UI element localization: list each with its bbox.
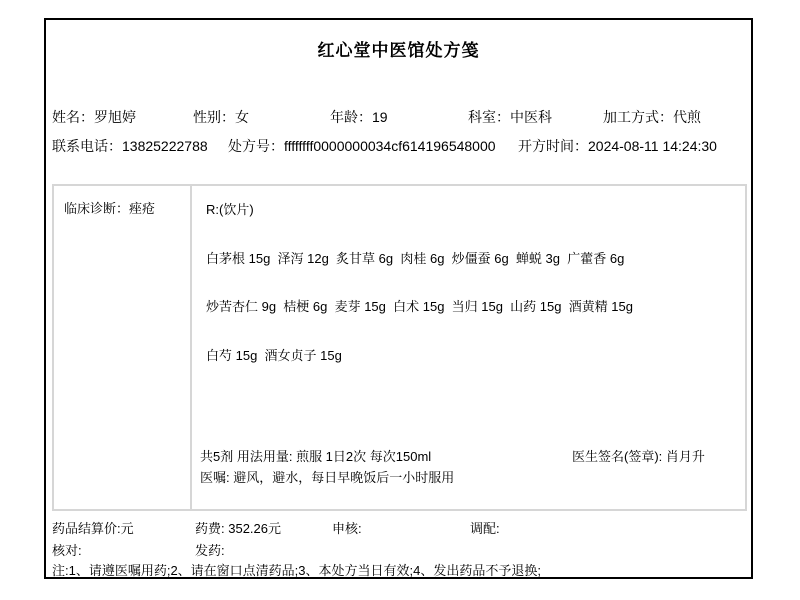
herb-line: 白茅根 15g 泽泻 12g 炙甘草 6g 肉桂 6g 炒僵蚕 6g 蝉蜕 3g… (206, 248, 624, 267)
page-title: 红心堂中医馆处方笺 (44, 36, 753, 61)
footer-note: 注:1、请遵医嘱用药;2、请在窗口点清药品;3、本处方当日有效;4、发出药品不予… (52, 560, 541, 579)
rx-number-value: ffffffff0000000034cf614196548000 (284, 138, 496, 154)
diagnosis-value: 痤疮 (129, 201, 155, 216)
patient-gender-label: 性别： (193, 109, 235, 125)
rx-time-value: 2024-08-11 14:24:30 (588, 138, 717, 154)
review-field: 申核: (332, 518, 362, 537)
check-field: 核对: (52, 540, 82, 559)
doctor-signature: 医生签名(签章): 肖月升 (572, 446, 724, 467)
diagnosis-label: 临床诊断： (64, 201, 129, 216)
rx-number-field: 处方号：ffffffff0000000034cf614196548000 (228, 136, 496, 156)
medicine-fee-label: 药费: (195, 521, 228, 536)
patient-name-value: 罗旭婷 (94, 109, 136, 125)
rx-number-label: 处方号： (228, 138, 284, 154)
patient-age-label: 年龄： (330, 109, 372, 125)
patient-department-label: 科室： (468, 109, 510, 125)
phone-value: 13825222788 (122, 138, 208, 154)
patient-age-field: 年龄：19 (330, 107, 388, 127)
patient-name-field: 姓名：罗旭婷 (52, 107, 136, 127)
herb-line: 白芍 15g 酒女贞子 15g (206, 345, 342, 364)
prepare-field: 调配: (470, 518, 500, 537)
prescription-body: 临床诊断：痤疮 R:(饮片) 白茅根 15g 泽泻 12g 炙甘草 6g 肉桂 … (52, 184, 747, 511)
herb-list-cell: R:(饮片) 白茅根 15g 泽泻 12g 炙甘草 6g 肉桂 6g 炒僵蚕 6… (192, 186, 745, 509)
dispense-field: 发药: (195, 540, 225, 559)
processing-method-field: 加工方式：代煎 (603, 107, 701, 127)
doctor-advice-line: 医嘱: 避风，避水，每日早晚饭后一小时服用 (200, 467, 454, 486)
medicine-fee-value: 352.26元 (228, 521, 281, 536)
patient-department-field: 科室：中医科 (468, 107, 552, 127)
phone-field: 联系电话：13825222788 (52, 136, 208, 156)
processing-method-value: 代煎 (673, 109, 701, 125)
dosage-usage-line: 共5剂 用法用量: 煎服 1日2次 每次150ml (200, 446, 431, 465)
herb-line: 炒苦杏仁 9g 桔梗 6g 麦芽 15g 白术 15g 当归 15g 山药 15… (206, 296, 633, 315)
clinical-diagnosis-cell: 临床诊断：痤疮 (54, 186, 192, 509)
patient-gender-value: 女 (235, 109, 249, 125)
patient-age-value: 19 (372, 109, 388, 125)
patient-name-label: 姓名： (52, 109, 94, 125)
settlement-price-field: 药品结算价:元 (52, 518, 134, 537)
patient-department-value: 中医科 (510, 109, 552, 125)
processing-method-label: 加工方式： (603, 109, 673, 125)
rx-header: R:(饮片) (206, 199, 254, 218)
medicine-fee-field: 药费: 352.26元 (195, 518, 281, 537)
phone-label: 联系电话： (52, 138, 122, 154)
patient-gender-field: 性别：女 (193, 107, 249, 127)
rx-time-field: 开方时间：2024-08-11 14:24:30 (518, 136, 717, 156)
rx-time-label: 开方时间： (518, 138, 588, 154)
